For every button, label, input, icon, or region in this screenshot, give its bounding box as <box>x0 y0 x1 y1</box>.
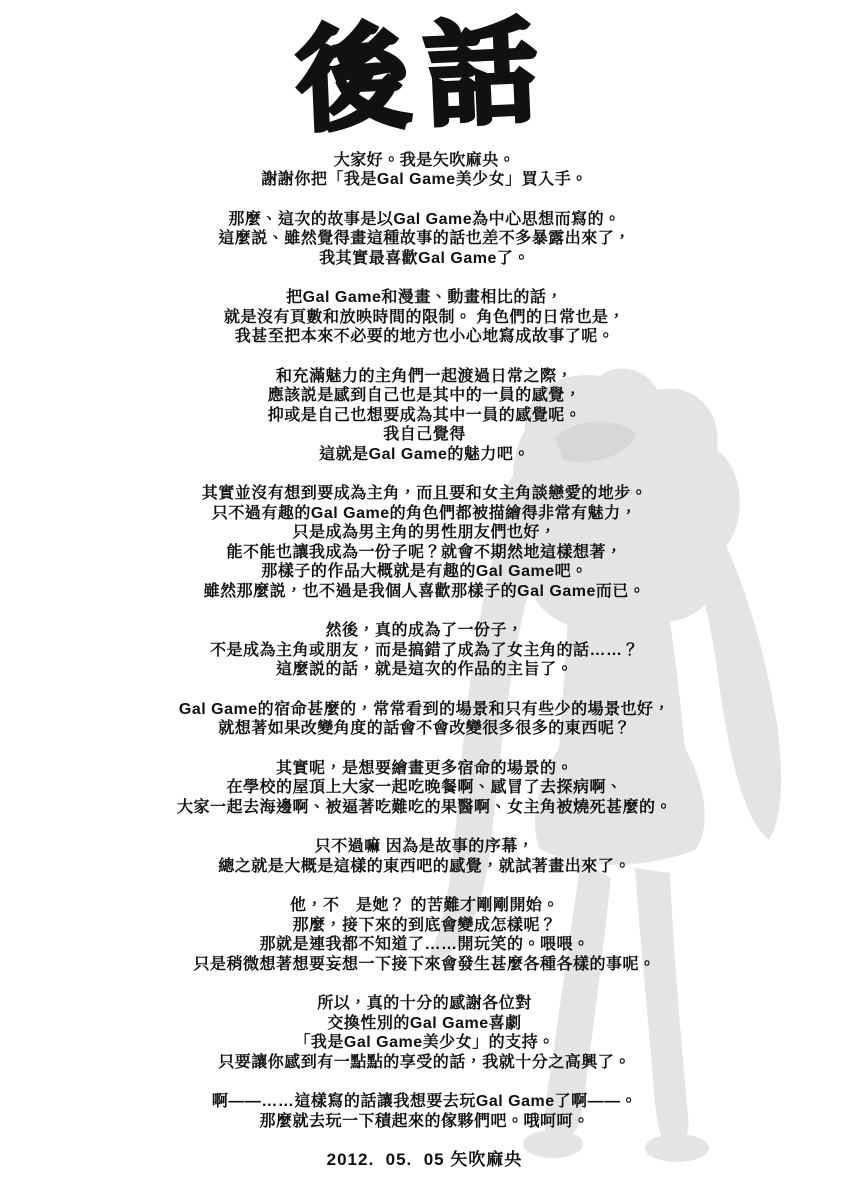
paragraph: 把Gal Game和漫畫、動畫相比的話，就是沒有頁數和放映時間的限制。 角色們的… <box>35 288 815 347</box>
text-line: 這就是Gal Game的魅力吧。 <box>35 445 815 465</box>
text-line: 總之就是大概是這樣的東西吧的感覺，就試著畫出來了。 <box>35 857 815 877</box>
paragraph: 和充滿魅力的主角們一起渡過日常之際，應該説是感到自己也是其中的一員的感覺，抑或是… <box>35 367 815 465</box>
paragraph: Gal Game的宿命甚麼的，常常看到的場景和只有些少的場景也好，就想著如果改變… <box>35 700 815 739</box>
paragraph: 啊——……這樣寫的話讓我想要去玩Gal Game了啊——。那麼就去玩一下積起來的… <box>35 1092 815 1131</box>
afterword-text: 大家好。我是矢吹麻央。謝謝你把「我是Gal Game美少女」買入手。那麼、這次的… <box>35 151 815 1132</box>
text-line: 和充滿魅力的主角們一起渡過日常之際， <box>35 367 815 387</box>
text-line: 大家好。我是矢吹麻央。 <box>35 151 815 171</box>
text-line: 謝謝你把「我是Gal Game美少女」買入手。 <box>35 170 815 190</box>
text-line: 在學校的屋頂上大家一起吃晚餐啊、感冒了去探病啊、 <box>35 778 815 798</box>
text-line: 大家一起去海邊啊、被逼著吃難吃的果醫啊、女主角被燒死甚麼的。 <box>35 798 815 818</box>
text-line: 只是成為男主角的男性朋友們也好， <box>35 523 815 543</box>
text-line: 這麼説的話，就是這次的作品的主旨了。 <box>35 660 815 680</box>
text-line: 抑或是自己也想要成為其中一員的感覺呢。 <box>35 406 815 426</box>
text-line: 應該説是感到自己也是其中的一員的感覺， <box>35 386 815 406</box>
text-line: 那就是連我都不知道了……開玩笑的。喂喂。 <box>35 935 815 955</box>
paragraph: 所以，真的十分的感謝各位對交換性別的Gal Game喜劇「我是Gal Game美… <box>35 994 815 1072</box>
text-line: 能不能也讓我成為一份子呢？就會不期然地這樣想著， <box>35 543 815 563</box>
afterword-content: 後話 大家好。我是矢吹麻央。謝謝你把「我是Gal Game美少女」買入手。那麼、… <box>0 0 849 1200</box>
text-line: 那樣子的作品大概就是有趣的Gal Game吧。 <box>35 562 815 582</box>
text-line: 把Gal Game和漫畫、動畫相比的話， <box>35 288 815 308</box>
paragraph: 然後，真的成為了一份子，不是成為主角或朋友，而是搞錯了成為了女主角的話……？這麼… <box>35 621 815 680</box>
text-line: 我自己覺得 <box>35 425 815 445</box>
paragraph: 其實呢，是想要繪畫更多宿命的場景的。在學校的屋頂上大家一起吃晚餐啊、感冒了去探病… <box>35 759 815 818</box>
text-line: 他，不 是她？ 的苦難才剛剛開始。 <box>35 896 815 916</box>
text-line: 只不過嘛 因為是故事的序幕， <box>35 837 815 857</box>
text-line: 所以，真的十分的感謝各位對 <box>35 994 815 1014</box>
paragraph: 大家好。我是矢吹麻央。謝謝你把「我是Gal Game美少女」買入手。 <box>35 151 815 190</box>
text-line: 其實並沒有想到要成為主角，而且要和女主角談戀愛的地步。 <box>35 484 815 504</box>
text-line: 其實呢，是想要繪畫更多宿命的場景的。 <box>35 759 815 779</box>
afterword-page: 後話 大家好。我是矢吹麻央。謝謝你把「我是Gal Game美少女」買入手。那麼、… <box>0 0 849 1200</box>
paragraph: 那麼、這次的故事是以Gal Game為中心思想而寫的。這麼説、雖然覺得畫這種故事… <box>35 210 815 269</box>
text-line: Gal Game的宿命甚麼的，常常看到的場景和只有些少的場景也好， <box>35 700 815 720</box>
text-line: 就想著如果改變角度的話會不會改變很多很多的東西呢？ <box>35 719 815 739</box>
paragraph: 只不過嘛 因為是故事的序幕，總之就是大概是這樣的東西吧的感覺，就試著畫出來了。 <box>35 837 815 876</box>
text-line: 我其實最喜歡Gal Game了。 <box>35 249 815 269</box>
text-line: 只是稍微想著想要妄想一下接下來會發生甚麼各種各樣的事呢。 <box>35 955 815 975</box>
text-line: 雖然那麼説，也不過是我個人喜歡那樣子的Gal Game而已。 <box>35 582 815 602</box>
page-title: 後話 <box>294 12 555 142</box>
text-line: 只不過有趣的Gal Game的角色們都被描繪得非常有魅力， <box>35 504 815 524</box>
paragraph: 其實並沒有想到要成為主角，而且要和女主角談戀愛的地步。只不過有趣的Gal Gam… <box>35 484 815 601</box>
text-line: 不是成為主角或朋友，而是搞錯了成為了女主角的話……？ <box>35 641 815 661</box>
text-line: 我甚至把本來不必要的地方也小心地寫成故事了呢。 <box>35 327 815 347</box>
signature-line: 2012. 05. 05 矢吹麻央 <box>327 1145 523 1170</box>
text-line: 交換性別的Gal Game喜劇 <box>35 1014 815 1034</box>
text-line: 啊——……這樣寫的話讓我想要去玩Gal Game了啊——。 <box>35 1092 815 1112</box>
text-line: 那麼，接下來的到底會變成怎樣呢？ <box>35 916 815 936</box>
text-line: 這麼説、雖然覺得畫這種故事的話也差不多暴露出來了， <box>35 229 815 249</box>
text-line: 就是沒有頁數和放映時間的限制。 角色們的日常也是， <box>35 308 815 328</box>
text-line: 那麼就去玩一下積起來的傢夥們吧。哦呵呵。 <box>35 1112 815 1132</box>
text-line: 「我是Gal Game美少女」的支持。 <box>35 1033 815 1053</box>
text-line: 只要讓你感到有一點點的享受的話，我就十分之高興了。 <box>35 1053 815 1073</box>
paragraph: 他，不 是她？ 的苦難才剛剛開始。那麼，接下來的到底會變成怎樣呢？那就是連我都不… <box>35 896 815 974</box>
text-line: 然後，真的成為了一份子， <box>35 621 815 641</box>
text-line: 那麼、這次的故事是以Gal Game為中心思想而寫的。 <box>35 210 815 230</box>
